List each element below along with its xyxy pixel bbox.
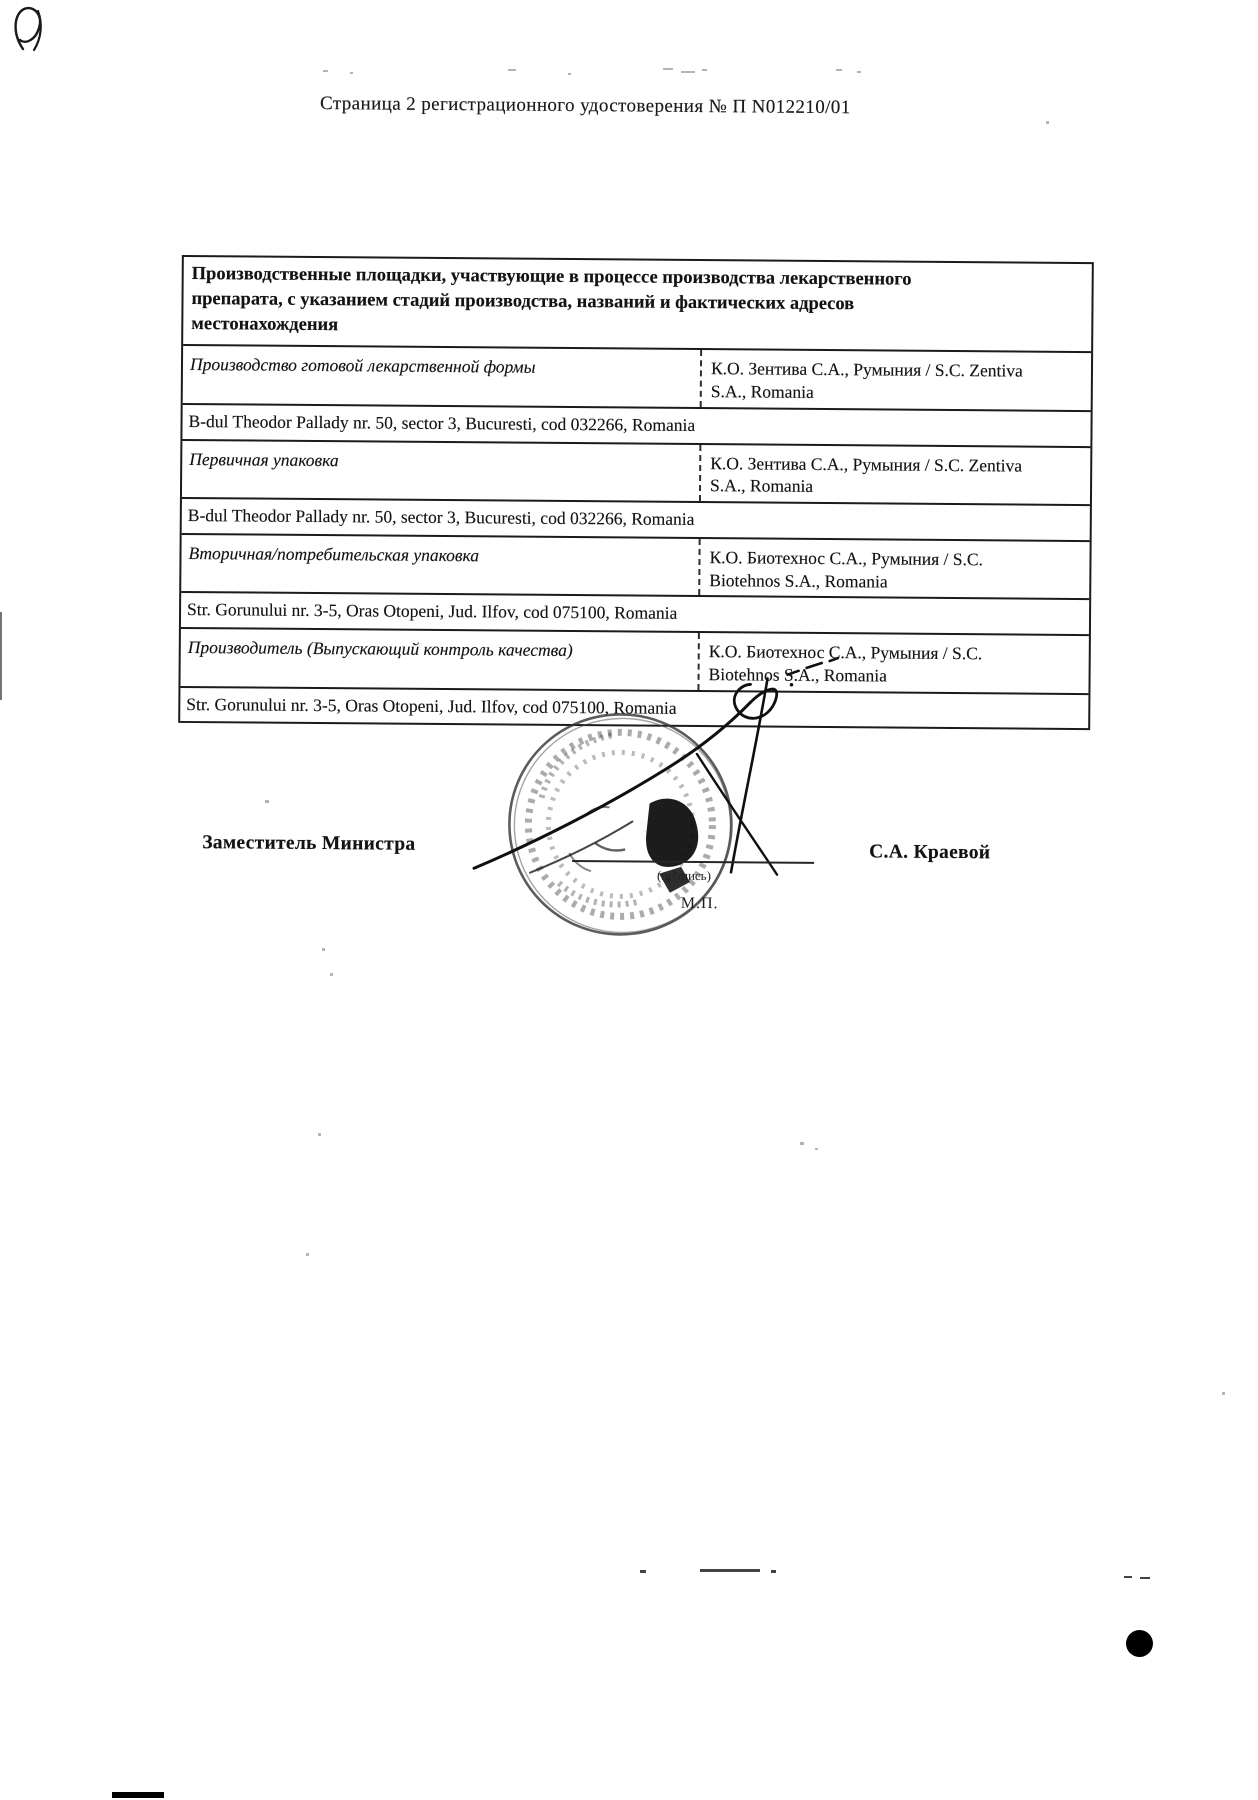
stamp-place-abbr: М.П.	[681, 895, 719, 913]
scan-dash-artifact	[771, 1570, 776, 1573]
manufacturer-cell: К.О. Зентива С.А., Румыния / S.C. Zentiv…	[699, 445, 1090, 505]
scan-noise	[330, 973, 333, 976]
scan-dot-artifact	[1126, 1630, 1153, 1657]
handwritten-signature	[434, 620, 876, 913]
table-header-cell: Производственные площадки, участвующие в…	[183, 257, 1092, 351]
scan-dash-artifact	[640, 1570, 646, 1573]
scan-noise	[681, 71, 695, 73]
signature-caption: (подпись)	[657, 868, 711, 884]
scan-noise	[322, 948, 325, 951]
table-row: Первичная упаковка К.О. Зентива С.А., Ру…	[182, 439, 1090, 505]
manufacturer-cell: К.О. Биотехнос С.А., Румыния / S.C. Biot…	[698, 539, 1089, 599]
scan-noise	[306, 1253, 309, 1256]
stage-label-cell: Первичная упаковка	[182, 441, 699, 502]
scan-noise	[323, 70, 328, 72]
scan-dash-artifact	[700, 1569, 760, 1572]
stage-label-cell: Производство готовой лекарственной формы	[183, 346, 700, 407]
scan-noise	[265, 800, 269, 803]
scan-noise	[1222, 1392, 1225, 1395]
scanned-document-page: Страница 2 регистрационного удостоверени…	[0, 0, 1258, 1800]
scan-noise	[702, 69, 707, 71]
table-row: Вторичная/потребительская упаковка К.О. …	[181, 533, 1089, 599]
scan-noise	[318, 1133, 321, 1136]
scan-dash-artifact	[1124, 1576, 1132, 1578]
scan-noise	[800, 1142, 804, 1145]
table-row: Производство готовой лекарственной формы…	[183, 344, 1091, 410]
manufacturer-cell: К.О. Зентива С.А., Румыния / S.C. Zentiv…	[700, 350, 1091, 410]
scan-noise	[857, 71, 861, 73]
deputy-minister-title: Заместитель Министра	[202, 832, 415, 856]
scan-noise	[815, 1148, 818, 1150]
scan-noise	[568, 73, 571, 75]
scan-noise	[1046, 121, 1049, 124]
scan-edge-line	[0, 612, 2, 700]
stage-label-cell: Вторичная/потребительская упаковка	[181, 535, 698, 596]
signer-name: С.А. Краевой	[869, 841, 990, 864]
scan-noise	[350, 72, 353, 74]
document-body: Страница 2 регистрационного удостоверени…	[0, 0, 1258, 1108]
scan-noise	[836, 69, 842, 71]
scan-edge-bar	[112, 1792, 164, 1798]
page-header-line: Страница 2 регистрационного удостоверени…	[320, 93, 851, 119]
scan-noise	[663, 68, 673, 70]
scan-dash-artifact	[1140, 1577, 1150, 1579]
scan-noise	[508, 69, 516, 71]
